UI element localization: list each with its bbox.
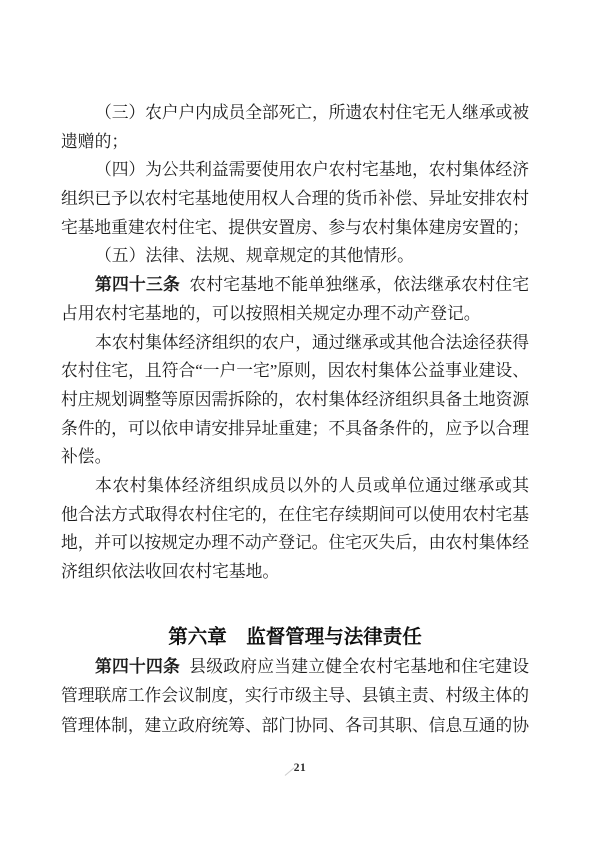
- text-line: 遗赠的；: [61, 128, 529, 157]
- text-line: （四）为公共利益需要使用农户农村宅基地，农村集体经济: [61, 156, 529, 185]
- text-line: （三）农户户内成员全部死亡，所遗农村住宅无人继承或被: [61, 99, 529, 128]
- text-line: 第四十四条县级政府应当建立健全农村宅基地和住宅建设: [61, 652, 529, 682]
- chapter-heading: 第六章 监督管理与法律责任: [61, 622, 529, 652]
- text-line: 本农村集体经济组织的农户，通过继承或其他合法途径获得: [61, 329, 529, 358]
- text-line: （五）法律、法规、规章规定的其他情形。: [61, 242, 529, 271]
- text-line: 村庄规划调整等原因需拆除的，农村集体经济组织具备土地资源: [61, 386, 529, 415]
- text-line: 补偿。: [61, 443, 529, 472]
- text-line: 管理体制，建立政府统筹、部门协同、各司其职、信息互通的协: [61, 711, 529, 741]
- document-page: （三）农户户内成员全部死亡，所遗农村住宅无人继承或被遗赠的；（四）为公共利益需要…: [0, 0, 600, 848]
- text-line: 他合法方式取得农村住宅的，在住宅存续期间可以使用农村宅基: [61, 501, 529, 530]
- text-line: 组织已予以农村宅基地使用权人合理的货币补偿、异址安排农村: [61, 185, 529, 214]
- text-line: 第四十三条农村宅基地不能单独继承，依法继承农村住宅: [61, 271, 529, 300]
- body-text-block-2: 第四十四条县级政府应当建立健全农村宅基地和住宅建设管理联席工作会议制度，实行市级…: [61, 652, 529, 741]
- text-line: 管理联席工作会议制度，实行市级主导、县镇主责、村级主体的: [61, 681, 529, 711]
- text-line: 条件的，可以依申请安排异址重建；不具备条件的，应予以合理: [61, 415, 529, 444]
- document-body: （三）农户户内成员全部死亡，所遗农村住宅无人继承或被遗赠的；（四）为公共利益需要…: [61, 99, 529, 740]
- page-number: 21: [0, 762, 600, 774]
- article-number: 第四十四条: [95, 657, 180, 676]
- text-line: 本农村集体经济组织成员以外的人员或单位通过继承或其: [61, 472, 529, 501]
- text-line: 地，并可以按规定办理不动产登记。住宅灭失后，由农村集体经: [61, 529, 529, 558]
- text-line: 宅基地重建农村住宅、提供安置房、参与农村集体建房安置的；: [61, 214, 529, 243]
- text-line: 占用农村宅基地的，可以按照相关规定办理不动产登记。: [61, 300, 529, 329]
- text-line: 农村住宅，且符合“一户一宅”原则，因农村集体公益事业建设、: [61, 357, 529, 386]
- article-number: 第四十三条: [95, 275, 180, 294]
- body-text-block: （三）农户户内成员全部死亡，所遗农村住宅无人继承或被遗赠的；（四）为公共利益需要…: [61, 99, 529, 587]
- text-line: 济组织依法收回农村宅基地。: [61, 558, 529, 587]
